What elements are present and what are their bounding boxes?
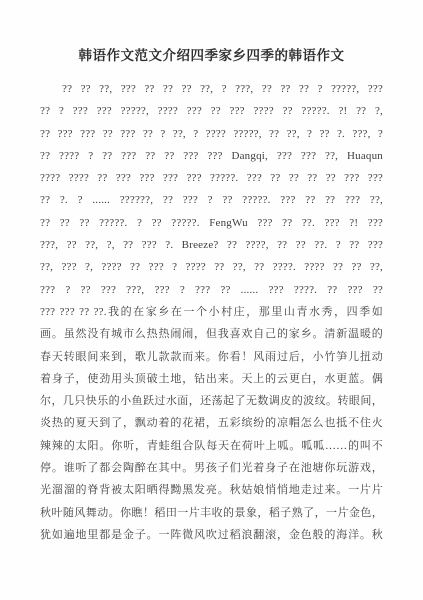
body-line: 秋叶随风舞动。你瞧！稻田一片丰收的景象，稻子熟了，一片金色，	[40, 502, 383, 524]
body-line: 尔，几只快乐的小鱼跃过水面，还荡起了无数调皮的波纹。转眼间，	[40, 390, 383, 412]
body-line: ?? ??? ??? ?? ??? ?? ? ??, ? ???? ?????,…	[40, 123, 383, 145]
body-line: 犹如遍地里都是金子。一阵微风吹过稻浪翻滚，金色般的海洋。秋	[40, 524, 383, 546]
body-line: 着身子，使劲用头顶破土地，钻出来。天上的云更白，水更蓝。偶	[40, 368, 383, 390]
document-page: 韩语作文范文介绍四季家乡四季的韩语作文 ?? ?? ??, ??? ?? ?? …	[0, 0, 423, 600]
body-line: ??? ??? ?? ??.我的在家乡在一个小村庄，那里山青水秀，四季如	[40, 301, 383, 323]
body-line: 辣辣的太阳。你听，青蛙组合队每天在荷叶上呱。呱呱……的叫不	[40, 435, 383, 457]
body-line: ?? ?. ? ...... ??????, ?? ??? ? ?? ?????…	[40, 189, 383, 211]
body-line: ?? ?? ?? ?????. ? ?? ?????. FengWu ??? ?…	[40, 212, 383, 234]
page-title: 韩语作文范文介绍四季家乡四季的韩语作文	[40, 47, 383, 65]
body-line: 春天转眼间来到，歌儿款款而来。你看！风雨过后，小竹笋儿扭动	[40, 346, 383, 368]
body-line: 画。虽然没有城市么热热闹闹，但我喜欢自己的家乡。清新温暖的	[40, 323, 383, 345]
body-line: ?? ?? ??, ??? ?? ?? ?? ??, ? ???, ?? ?? …	[40, 78, 383, 100]
body-line: ??? ? ?? ??? ???, ??? ? ??? ?? ...... ??…	[40, 279, 383, 301]
body-line: 停。谁听了都会陶醉在其中。男孩子们光着身子在池塘你玩游戏，	[40, 457, 383, 479]
body-line: ?? ???? ? ?? ??? ?? ?? ??? ??? Dangqi, ?…	[40, 145, 383, 167]
essay-body: ?? ?? ??, ??? ?? ?? ?? ??, ? ???, ?? ?? …	[40, 78, 383, 546]
body-line: ???, ?? ??, ?, ?? ??? ?. Breeze? ?? ????…	[40, 234, 383, 256]
body-line: 光溜溜的脊背被太阳晒得黝黑发亮。秋姑娘悄悄地走过来。一片片	[40, 479, 383, 501]
body-line: ?? ? ??? ??? ?????, ???? ??? ?? ??? ????…	[40, 100, 383, 122]
body-line: ???? ???? ?? ??? ??? ??? ??? ?????. ??? …	[40, 167, 383, 189]
body-line: 炎热的夏天到了，飘动着的花裙，五彩缤纷的凉帽怎么也抵不住火	[40, 412, 383, 434]
body-line: ??, ??? ?, ???? ?? ??? ? ???? ?? ??, ?? …	[40, 256, 383, 278]
